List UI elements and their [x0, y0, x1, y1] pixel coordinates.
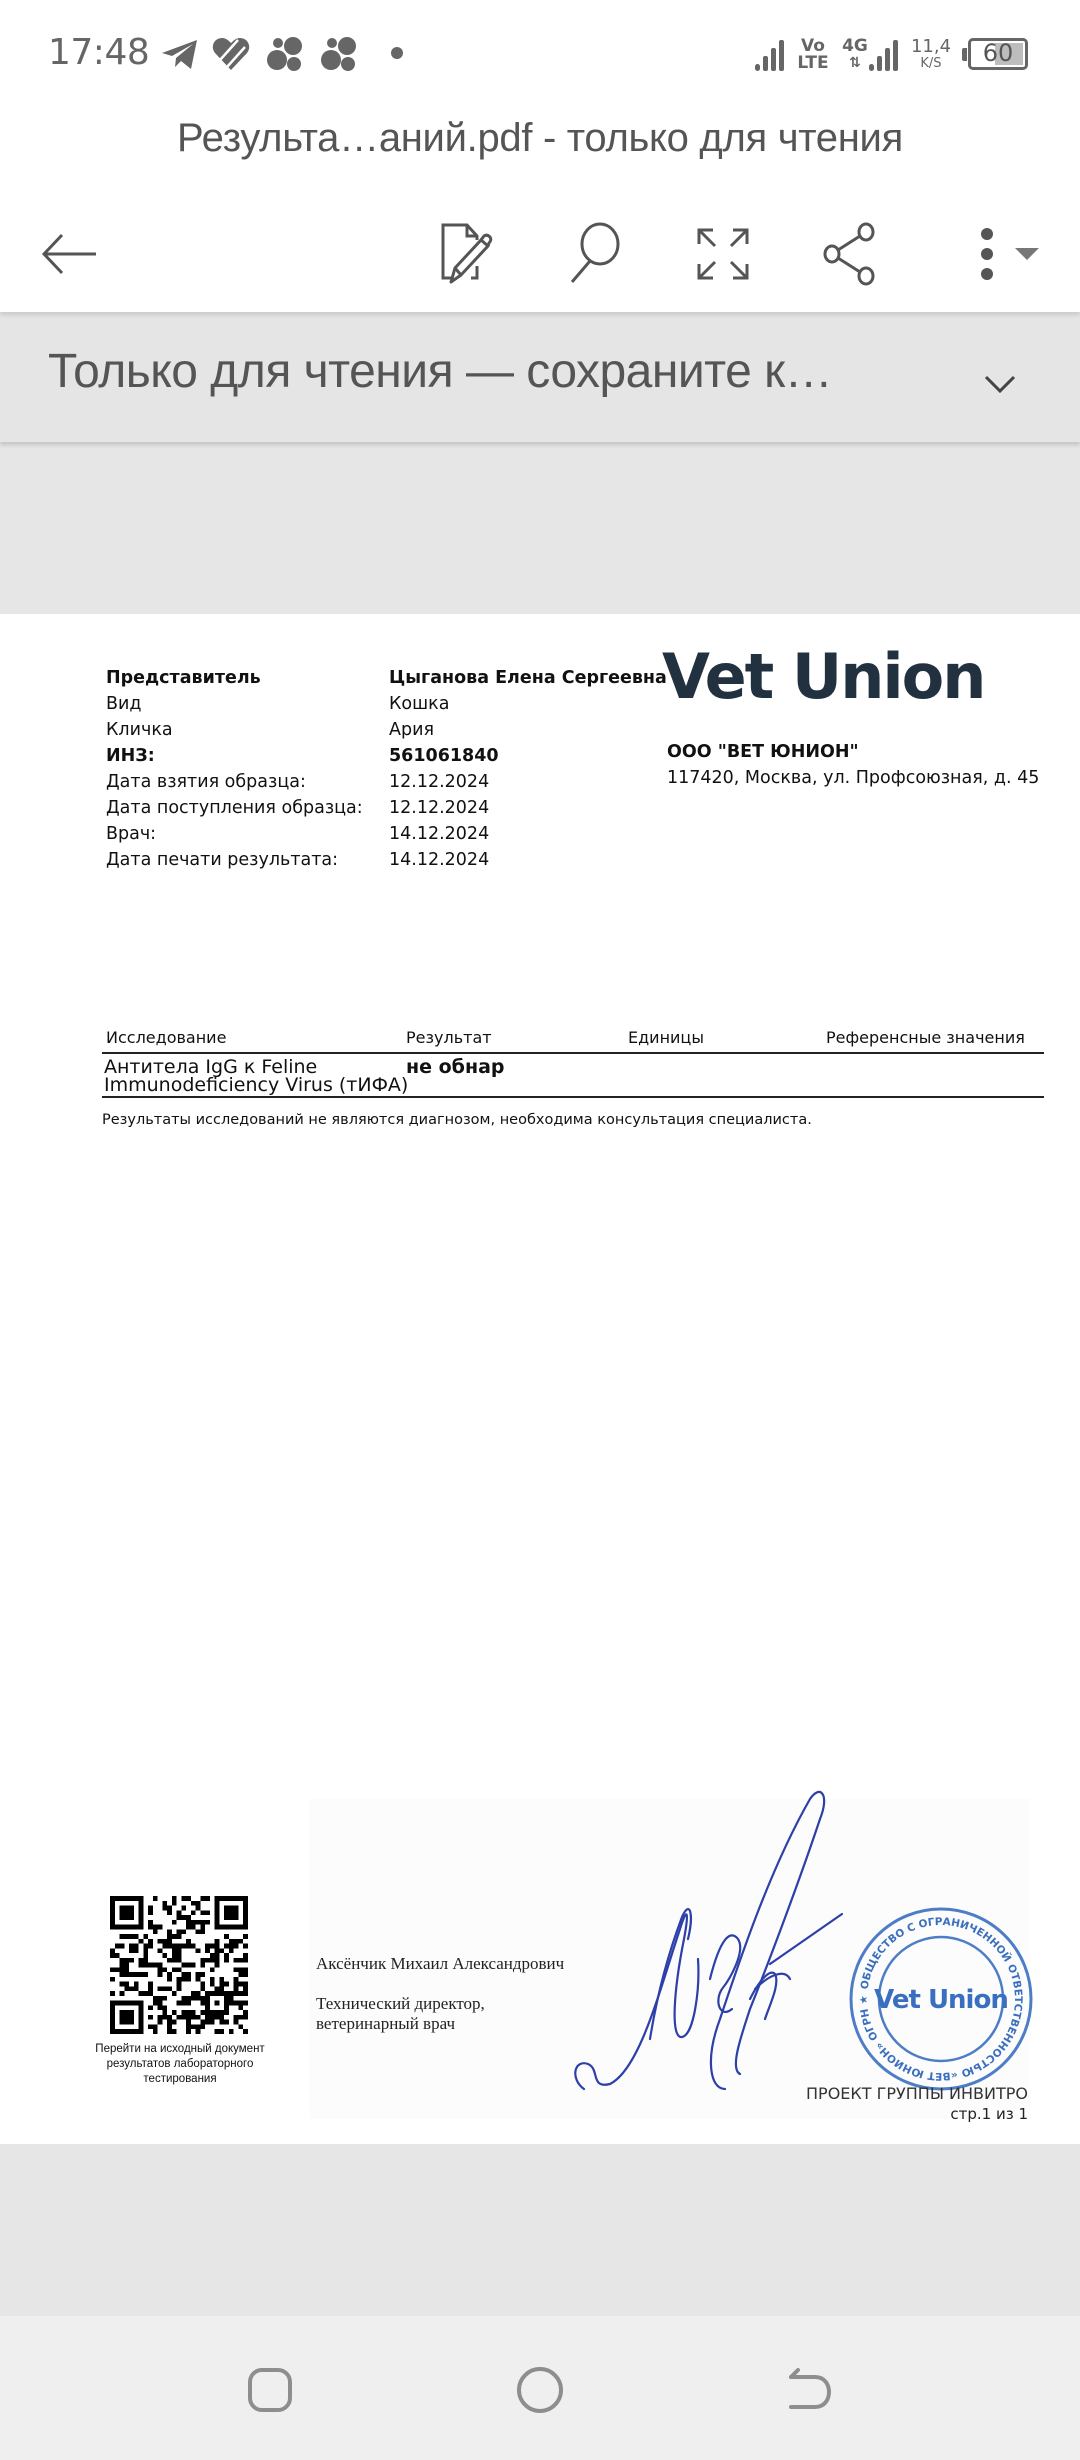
signature: [570, 1789, 870, 2119]
more-notifications-dot: [390, 46, 404, 60]
edit-button[interactable]: [429, 214, 509, 294]
signer-name: Аксёнчик Михаил Александрович: [316, 1954, 564, 1974]
chevron-down-icon: [980, 369, 1020, 399]
signer-role: Технический директор, ветеринарный врач: [316, 1994, 485, 2034]
document-title: Результа…аний.pdf - только для чтения: [0, 116, 1080, 161]
fullscreen-button[interactable]: [683, 214, 763, 294]
back-nav-button[interactable]: [768, 2350, 848, 2430]
column-header-test: Исследование: [106, 1028, 226, 1047]
qr-code[interactable]: [110, 1896, 248, 2034]
battery-icon: 60: [968, 38, 1028, 70]
edit-document-icon: [439, 222, 499, 286]
status-bar: 17:48 VoLTE 4G⇅ 11,4K/S 60: [0, 0, 1080, 110]
info-value: Ария: [389, 720, 434, 740]
info-label: Врач:: [106, 824, 156, 844]
info-value: 12.12.2024: [389, 772, 489, 792]
info-label: Дата взятия образца:: [106, 772, 306, 792]
svg-text:Vet Union: Vet Union: [874, 1985, 1008, 2015]
info-label: ИНЗ:: [106, 746, 155, 766]
more-options-button[interactable]: [952, 214, 1052, 294]
company-address: 117420, Москва, ул. Профсоюзная, д. 45: [667, 768, 1039, 788]
row-divider: [102, 1096, 1044, 1098]
recents-icon: [245, 2365, 295, 2415]
recents-button[interactable]: [230, 2350, 310, 2430]
battery-nub: [962, 48, 967, 61]
info-value: Цыганова Елена Сергеевна: [389, 668, 667, 688]
signal-icon-2: [868, 38, 900, 72]
search-icon: [564, 222, 624, 286]
info-value: Кошка: [389, 694, 449, 714]
banner-text: Только для чтения — сохраните к…: [48, 344, 832, 399]
share-button[interactable]: [810, 214, 890, 294]
column-header-result: Результат: [406, 1028, 492, 1047]
paw-app-icon: [320, 36, 358, 72]
heart-app-icon: [212, 36, 250, 72]
header-divider: [102, 1052, 1044, 1054]
info-label: Дата поступления образца:: [106, 798, 363, 818]
info-label: Вид: [106, 694, 141, 714]
status-time: 17:48: [48, 32, 149, 73]
vet-union-logo: Vet Union: [662, 640, 984, 713]
expand-banner-button[interactable]: [970, 354, 1030, 414]
info-value: 12.12.2024: [389, 798, 489, 818]
company-stamp: ОБЩЕСТВО С ОГРАНИЧЕННОЙ ОТВЕТСТВЕННОСТЬЮ…: [846, 1904, 1036, 2094]
fullscreen-icon: [695, 226, 751, 282]
toolbar: [0, 200, 1080, 312]
company-name: ООО "ВЕТ ЮНИОН": [667, 742, 859, 762]
battery-level: 60: [971, 39, 1025, 67]
signal-icon: [754, 38, 784, 72]
test-result: не обнар: [406, 1058, 505, 1077]
back-arrow-icon: [40, 229, 100, 279]
telegram-icon: [160, 36, 200, 72]
share-icon: [820, 222, 880, 286]
volte-indicator: VoLTE: [796, 38, 830, 72]
pdf-page[interactable]: ПредставительЦыганова Елена СергеевнаВид…: [0, 614, 1080, 2144]
column-header-units: Единицы: [628, 1028, 704, 1047]
info-value: 14.12.2024: [389, 850, 489, 870]
read-only-banner[interactable]: Только для чтения — сохраните к…: [0, 314, 1080, 442]
network-type: 4G⇅: [840, 38, 870, 72]
page-number: стр.1 из 1: [950, 2105, 1028, 2123]
info-label: Кличка: [106, 720, 173, 740]
info-label: Дата печати результата:: [106, 850, 338, 870]
project-label: ПРОЕКТ ГРУППЫ ИНВИТРО: [806, 2084, 1028, 2103]
search-button[interactable]: [554, 214, 634, 294]
paw-app-icon: [266, 36, 304, 72]
test-name-line2: Immunodeficiency Virus (тИФА): [104, 1076, 408, 1095]
home-button[interactable]: [500, 2350, 580, 2430]
info-value: 561061840: [389, 746, 499, 766]
disclaimer: Результаты исследований не являются диаг…: [102, 1112, 812, 1128]
home-icon: [515, 2365, 565, 2415]
title-bar: Результа…аний.pdf - только для чтения: [0, 110, 1080, 200]
qr-caption: Перейти на исходный документ результатов…: [90, 2042, 270, 2087]
info-label: Представитель: [106, 668, 261, 688]
back-icon: [783, 2365, 833, 2415]
network-speed: 11,4K/S: [908, 38, 954, 72]
navigation-bar: [0, 2316, 1080, 2460]
more-vert-icon: [957, 222, 1047, 286]
column-header-reference: Референсные значения: [826, 1028, 1025, 1047]
info-value: 14.12.2024: [389, 824, 489, 844]
back-button[interactable]: [30, 214, 110, 294]
